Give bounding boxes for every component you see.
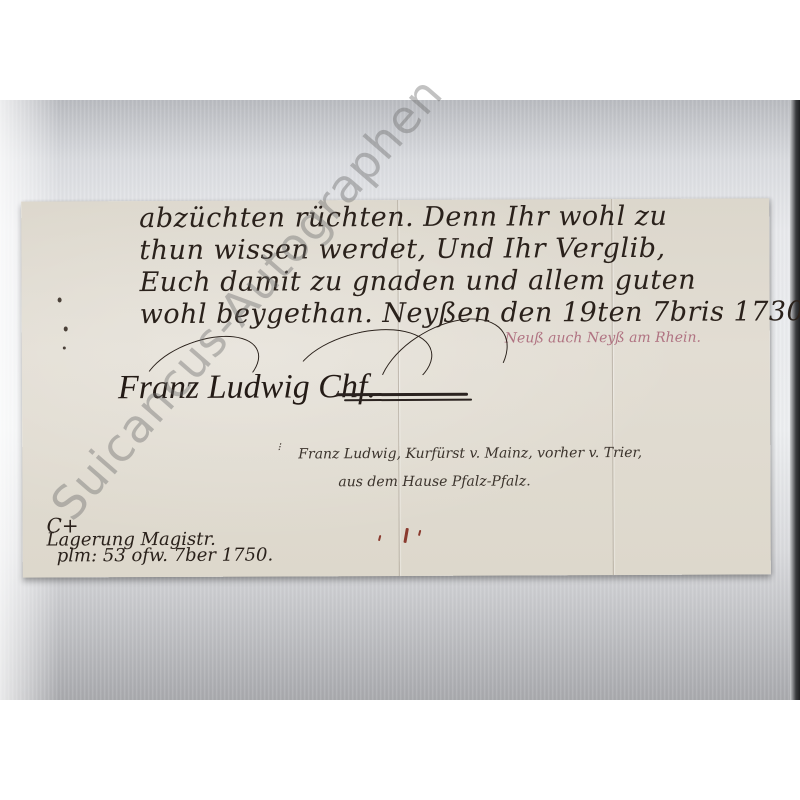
red-mark: [378, 535, 381, 541]
pencil-annotation-line-2: aus dem Hause Pfalz-Pfalz.: [338, 473, 530, 490]
board-edge-shadow: [790, 100, 800, 700]
pin-hole: [64, 326, 68, 331]
letter-line-1: abzüchten rüchten. Denn Ihr wohl zu: [139, 201, 667, 234]
footer-line-2: plm: 53 ofw. 7ber 1750.: [57, 545, 274, 567]
pin-hole: [63, 346, 66, 349]
pink-annotation: Neuß auch Neyß am Rhein.: [505, 330, 701, 347]
letter-line-2: thun wissen werdet, Und Ihr Verglib,: [139, 233, 665, 266]
red-mark: [418, 530, 421, 536]
annotation-marker: ⁝: [277, 441, 281, 454]
red-mark: [403, 528, 408, 543]
pin-hole: [58, 297, 62, 302]
pencil-annotation-line-1: Franz Ludwig, Kurfürst v. Mainz, vorher …: [298, 445, 642, 463]
signature-strike: [336, 393, 468, 397]
